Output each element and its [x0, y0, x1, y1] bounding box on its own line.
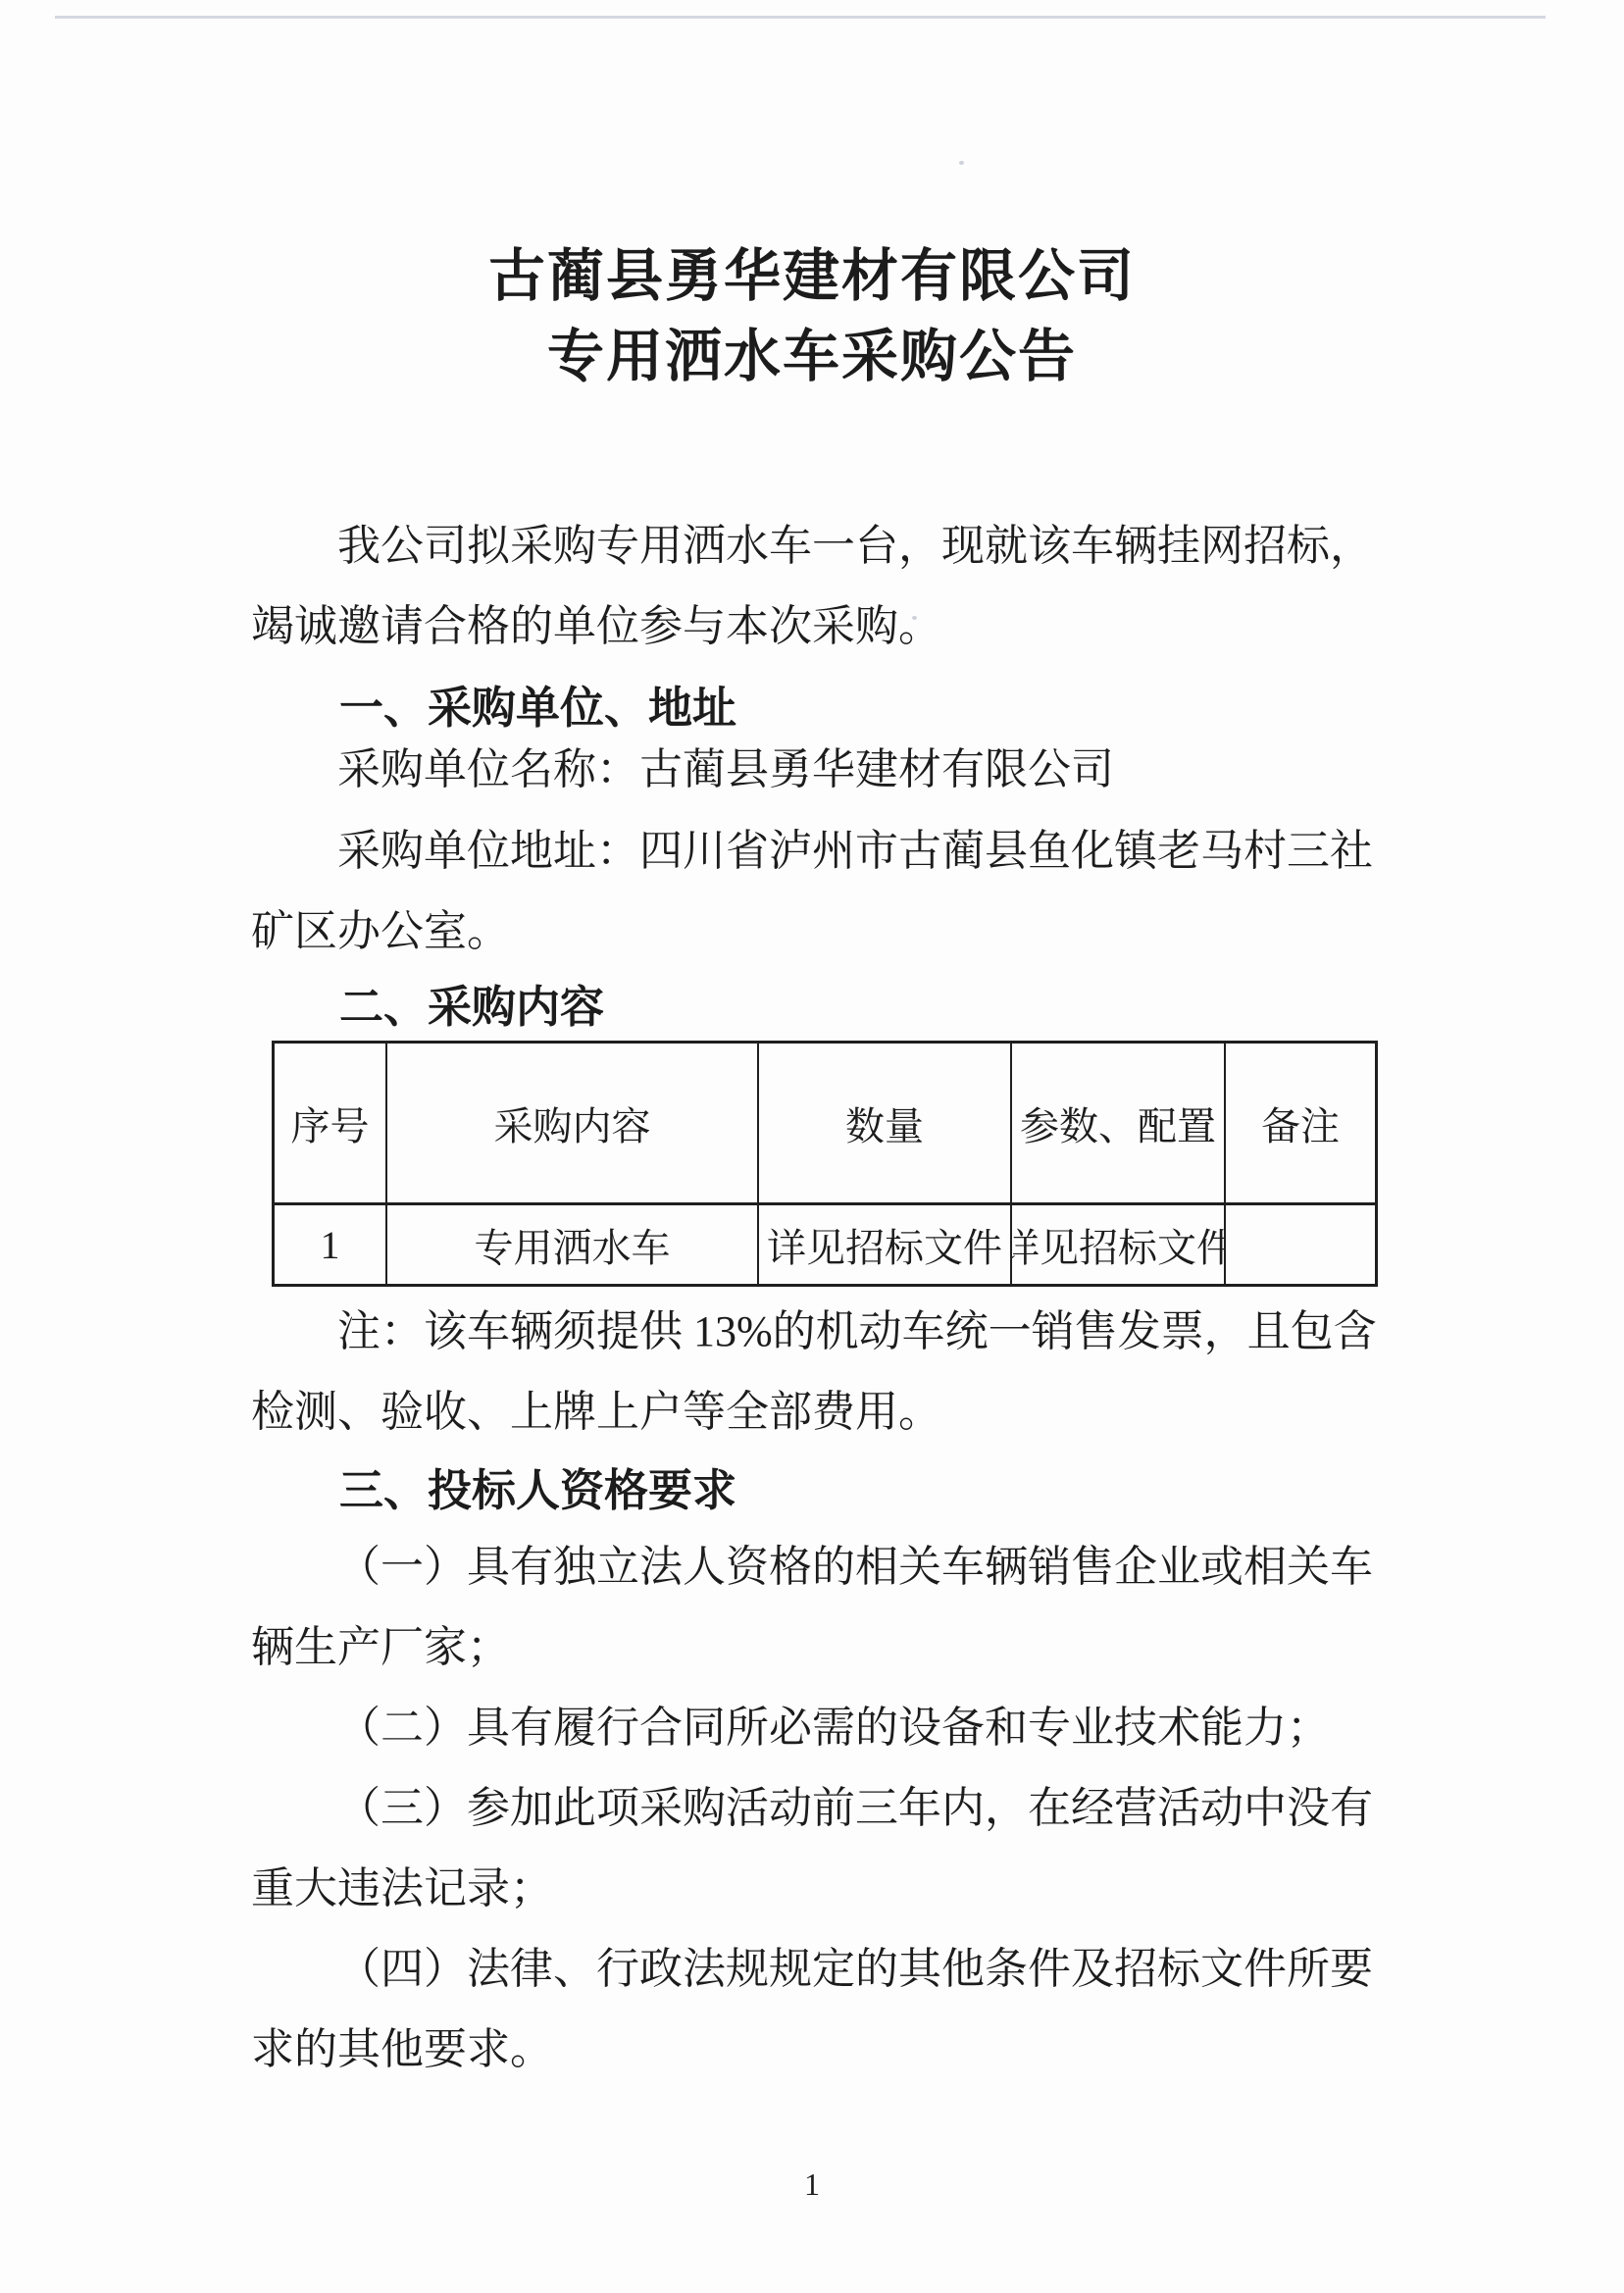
purchaser-address-line-2: 矿区办公室。: [251, 892, 1377, 972]
purchaser-address-line-1: 采购单位地址：四川省泸州市古蔺县鱼化镇老马村三社: [251, 811, 1377, 892]
document-title-line-1: 古蔺县勇华建材有限公司: [0, 235, 1624, 316]
qualification-items: （一）具有独立法人资格的相关车辆销售企业或相关车 辆生产厂家； （二）具有履行合…: [251, 1527, 1377, 2090]
section3-heading: 三、投标人资格要求: [251, 1451, 1377, 1531]
qualification-item-4-line-1: （四）法律、行政法规规定的其他条件及招标文件所要: [251, 1929, 1377, 2010]
table-header-serial: 序号: [275, 1044, 387, 1202]
table-header-content: 采购内容: [387, 1044, 759, 1202]
purchaser-name-paragraph: 采购单位名称：古蔺县勇华建材有限公司: [251, 730, 1377, 810]
qualification-item-3-line-2: 重大违法记录；: [251, 1849, 1377, 1929]
qualification-item-1-line-2: 辆生产厂家；: [251, 1607, 1377, 1688]
table-row: 1 专用洒水车 详见招标文件 详见招标文件: [275, 1205, 1375, 1284]
table-cell-remarks: [1226, 1205, 1375, 1284]
table-header-row: 序号 采购内容 数量 参数、配置 备注: [275, 1044, 1375, 1205]
table-note-line-2: 检测、验收、上牌上户等全部费用。: [251, 1372, 1377, 1452]
section2-heading: 二、采购内容: [251, 967, 1377, 1047]
scan-artifact-speck: [959, 161, 964, 165]
intro-line-1: 我公司拟采购专用洒水车一台，现就该车辆挂网招标，: [251, 506, 1377, 586]
qualification-item-2-line-1: （二）具有履行合同所必需的设备和专业技术能力；: [251, 1688, 1377, 1768]
section2-container: 二、采购内容: [251, 967, 1377, 1047]
purchaser-name-line: 采购单位名称：古蔺县勇华建材有限公司: [251, 730, 1377, 810]
document-page: 古蔺县勇华建材有限公司 专用洒水车采购公告 我公司拟采购专用洒水车一台，现就该车…: [0, 0, 1624, 2293]
table-header-quantity: 数量: [759, 1044, 1012, 1202]
qualification-item-3-line-1: （三）参加此项采购活动前三年内，在经营活动中没有: [251, 1768, 1377, 1849]
document-title: 古蔺县勇华建材有限公司 专用洒水车采购公告: [0, 235, 1624, 396]
page-number: 1: [0, 2163, 1624, 2206]
table-cell-quantity: 详见招标文件: [759, 1205, 1012, 1284]
table-cell-serial: 1: [275, 1205, 387, 1284]
procurement-table: 序号 采购内容 数量 参数、配置 备注 1 专用洒水车 详见招标文件 详见招标文…: [272, 1041, 1378, 1287]
purchaser-address-paragraph: 采购单位地址：四川省泸州市古蔺县鱼化镇老马村三社 矿区办公室。: [251, 811, 1377, 972]
table-cell-content: 专用洒水车: [387, 1205, 759, 1284]
table-header-parameters: 参数、配置: [1012, 1044, 1226, 1202]
section3-container: 三、投标人资格要求: [251, 1451, 1377, 1531]
table-note-line-1: 注：该车辆须提供 13%的机动车统一销售发票，且包含: [251, 1292, 1377, 1372]
table-note-paragraph: 注：该车辆须提供 13%的机动车统一销售发票，且包含 检测、验收、上牌上户等全部…: [251, 1292, 1377, 1452]
intro-paragraph: 我公司拟采购专用洒水车一台，现就该车辆挂网招标， 竭诚邀请合格的单位参与本次采购…: [251, 506, 1377, 667]
table-cell-parameters: 详见招标文件: [1012, 1205, 1226, 1284]
qualification-item-4-line-2: 求的其他要求。: [251, 2010, 1377, 2090]
table-header-remarks: 备注: [1226, 1044, 1375, 1202]
qualification-item-1-line-1: （一）具有独立法人资格的相关车辆销售企业或相关车: [251, 1527, 1377, 1607]
intro-line-2: 竭诚邀请合格的单位参与本次采购。: [251, 586, 1377, 667]
scan-artifact-top-edge: [55, 16, 1546, 19]
document-title-line-2: 专用洒水车采购公告: [0, 316, 1624, 396]
